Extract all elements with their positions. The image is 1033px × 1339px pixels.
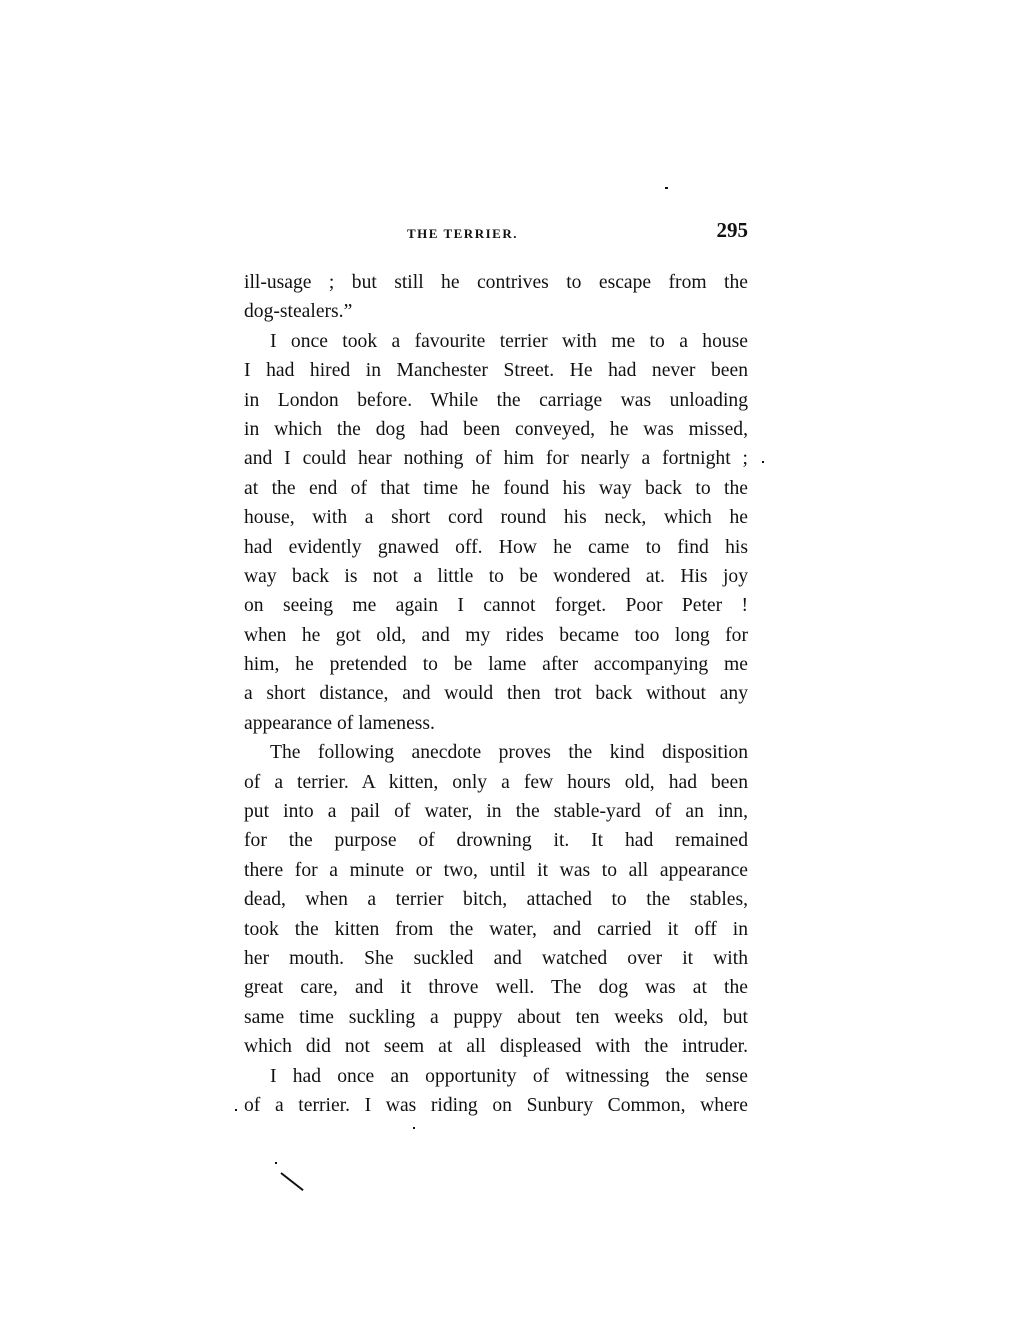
text-line: in London before. While the carriage was… [244,386,748,415]
text-line: had evidently gnawed off. How he came to… [244,533,748,562]
text-line: which did not seem at all displeased wit… [244,1032,748,1061]
text-line: for the purpose of drowning it. It had r… [244,826,748,855]
text-line: when he got old, and my rides became too… [244,621,748,650]
text-line: dog-stealers.” [244,297,748,326]
scan-speck-right [762,461,764,463]
text-line: ill-usage ; but still he contrives to es… [244,268,748,297]
page-number: 295 [717,218,749,243]
text-line: house, with a short cord round his neck,… [244,503,748,532]
running-title: THE TERRIER. [407,226,518,242]
text-line: I had hired in Manchester Street. He had… [244,356,748,385]
book-page: THE TERRIER. 295 ill-usage ; but still h… [244,218,748,1120]
text-line: put into a pail of water, in the stable-… [244,797,748,826]
scan-slash-mark [280,1172,303,1191]
text-line: The following anecdote proves the kind d… [244,738,748,767]
text-line: on seeing me again I cannot forget. Poor… [244,591,748,620]
text-line: in which the dog had been conveyed, he w… [244,415,748,444]
text-line: I had once an opportunity of witnessing … [244,1062,748,1091]
body-text: ill-usage ; but still he contrives to es… [244,268,748,1120]
scan-speck-top [665,187,668,189]
text-line: great care, and it throve well. The dog … [244,973,748,1002]
text-line: of a terrier. A kitten, only a few hours… [244,768,748,797]
text-line: him, he pretended to be lame after accom… [244,650,748,679]
text-line: dead, when a terrier bitch, attached to … [244,885,748,914]
running-head: THE TERRIER. 295 [244,218,748,248]
text-line: took the kitten from the water, and carr… [244,915,748,944]
text-line: way back is not a little to be wondered … [244,562,748,591]
scan-speck-slash-dot [275,1162,277,1164]
text-line: at the end of that time he found his way… [244,474,748,503]
scan-speck-bottom [413,1127,415,1129]
text-line: there for a minute or two, until it was … [244,856,748,885]
text-line: and I could hear nothing of him for near… [244,444,748,473]
text-line: a short distance, and would then trot ba… [244,679,748,708]
text-line: of a terrier. I was riding on Sunbury Co… [244,1091,748,1120]
scan-speck-left [235,1109,237,1111]
text-line: I once took a favourite terrier with me … [244,327,748,356]
text-line: appearance of lameness. [244,709,748,738]
text-line: her mouth. She suckled and watched over … [244,944,748,973]
text-line: same time suckling a puppy about ten wee… [244,1003,748,1032]
